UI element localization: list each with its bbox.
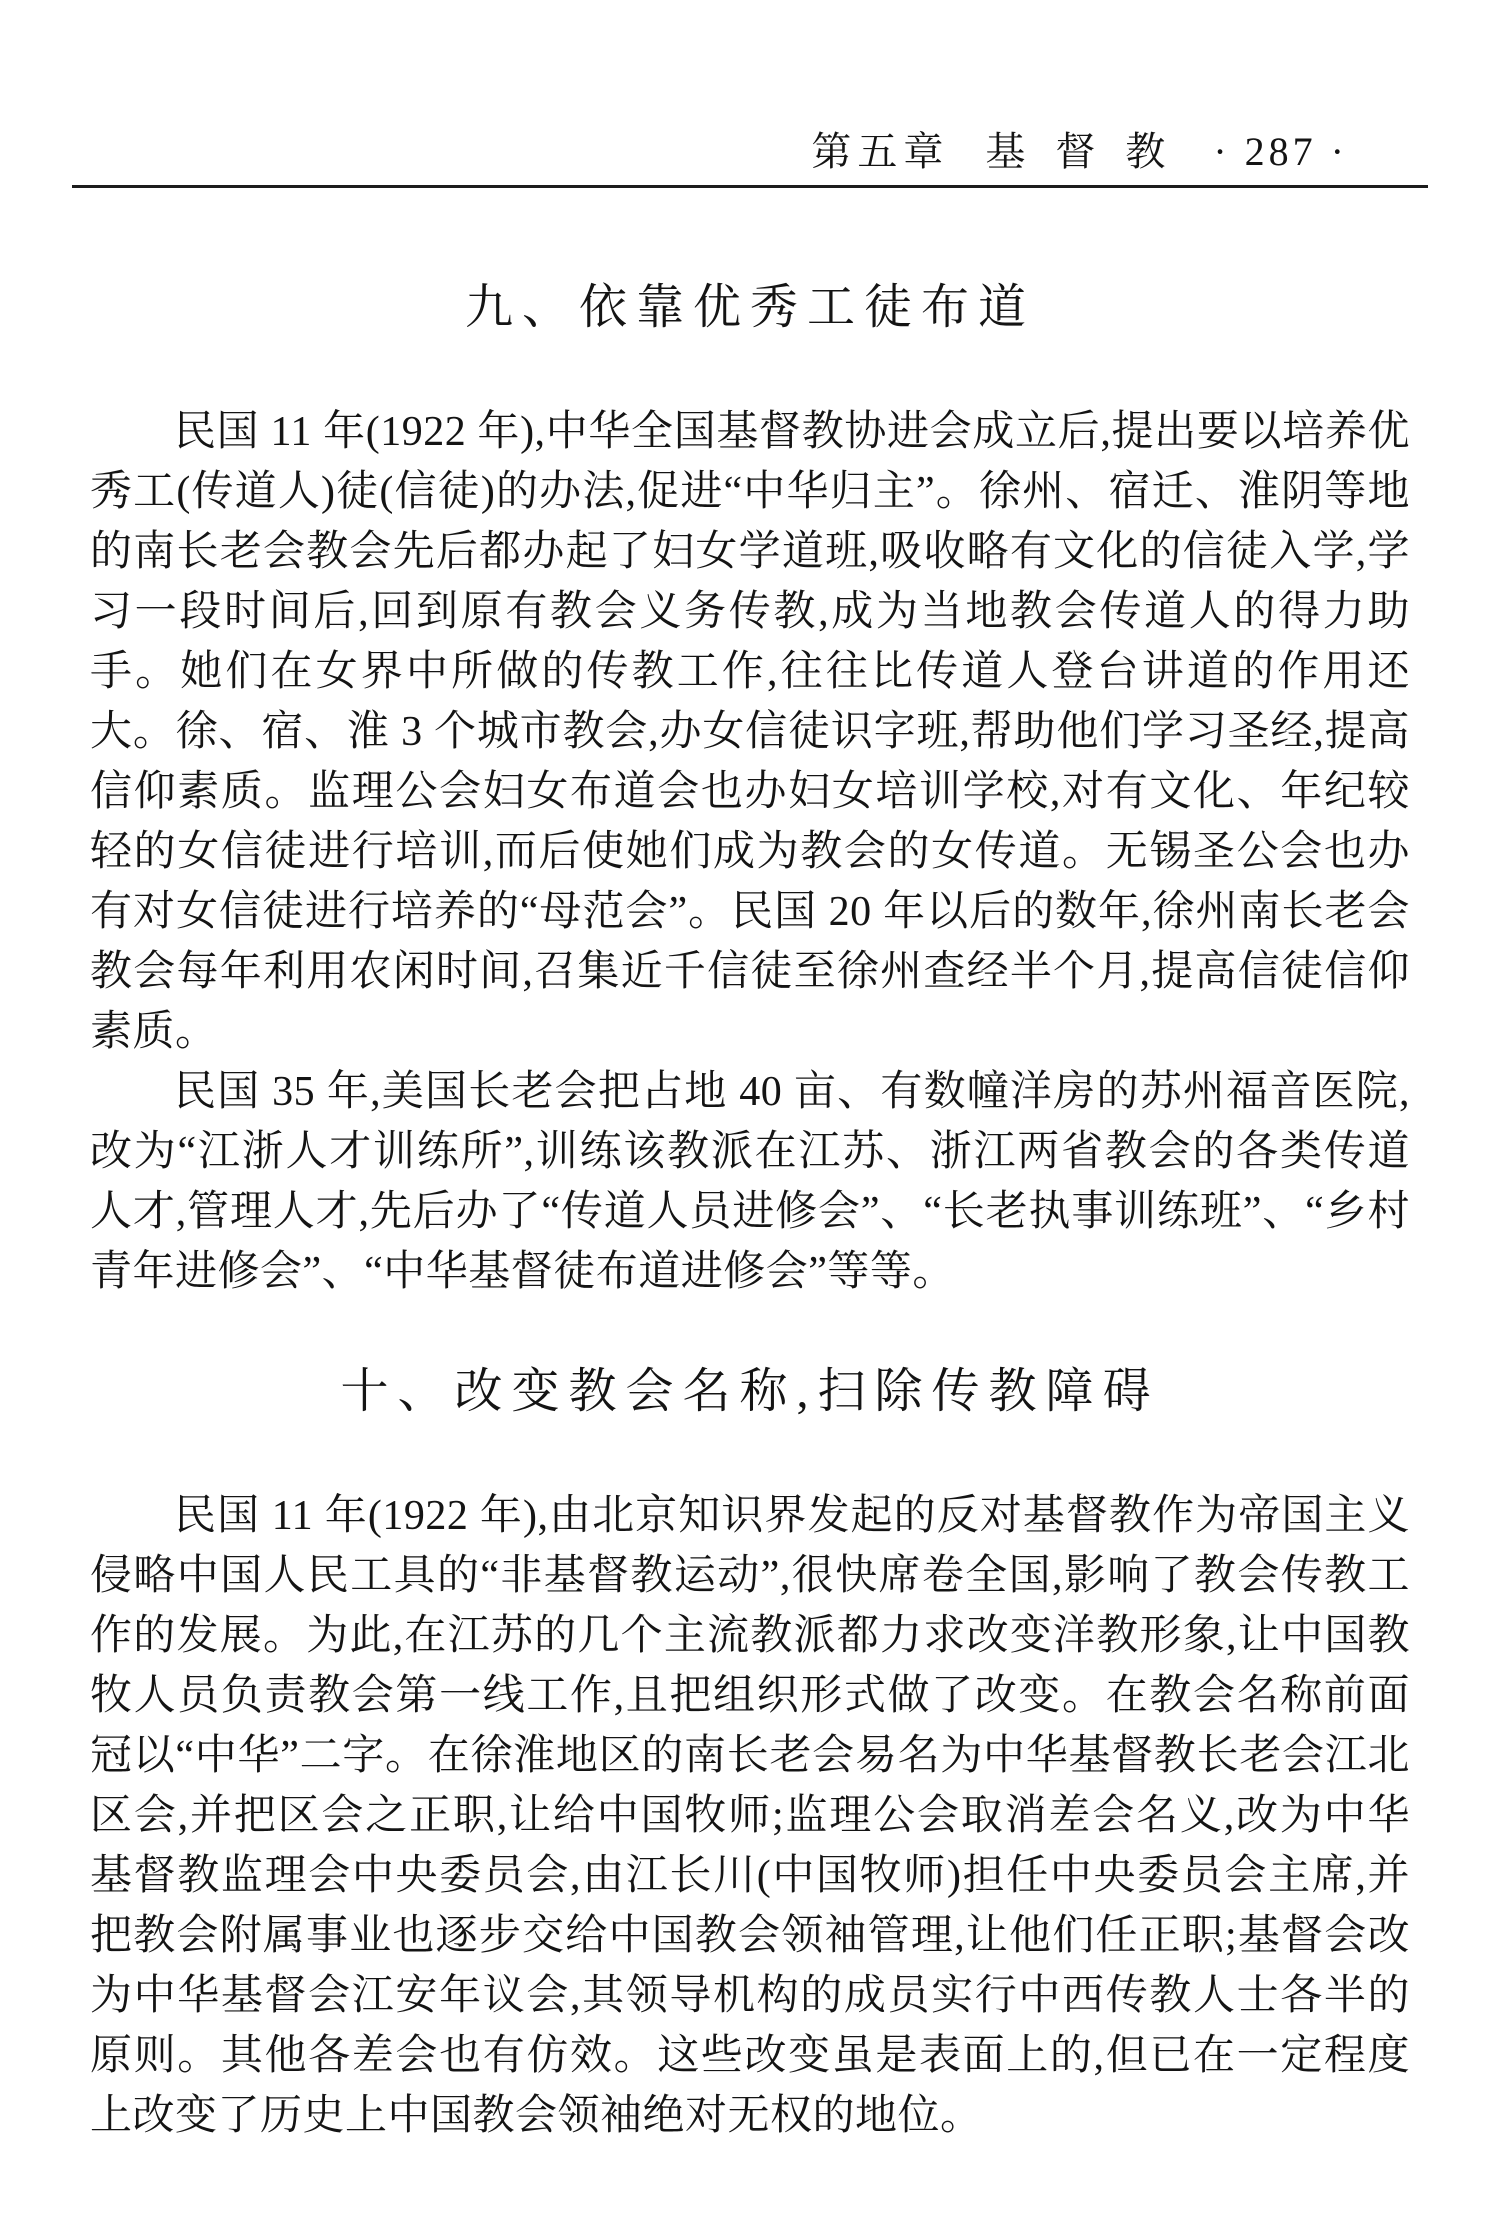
paragraph: 民国 11 年(1922 年),由北京知识界发起的反对基督教作为帝国主义侵略中国… — [90, 1486, 1410, 2146]
running-head: 第五章 基 督 教 · 287 · — [72, 126, 1428, 178]
text-column: 九、依靠优秀工徒布道 民国 11 年(1922 年),中华全国基督教协进会成立后… — [90, 280, 1410, 2146]
paragraph: 民国 11 年(1922 年),中华全国基督教协进会成立后,提出要以培养优秀工(… — [90, 402, 1410, 1062]
section-heading-9: 九、依靠优秀工徒布道 — [90, 280, 1410, 336]
paragraph: 民国 35 年,美国长老会把占地 40 亩、有数幢洋房的苏州福音医院,改为“江浙… — [90, 1062, 1410, 1302]
book-page: 第五章 基 督 教 · 287 · 九、依靠优秀工徒布道 民国 11 年(192… — [0, 0, 1500, 2224]
chapter-title: 基 督 教 — [985, 129, 1175, 174]
page-header: 第五章 基 督 教 · 287 · — [72, 0, 1428, 188]
section-heading-10: 十、改变教会名称,扫除传教障碍 — [90, 1364, 1410, 1420]
header-rule — [72, 185, 1428, 188]
page-number: · 287 · — [1213, 129, 1348, 174]
chapter-label: 第五章 — [811, 129, 949, 174]
